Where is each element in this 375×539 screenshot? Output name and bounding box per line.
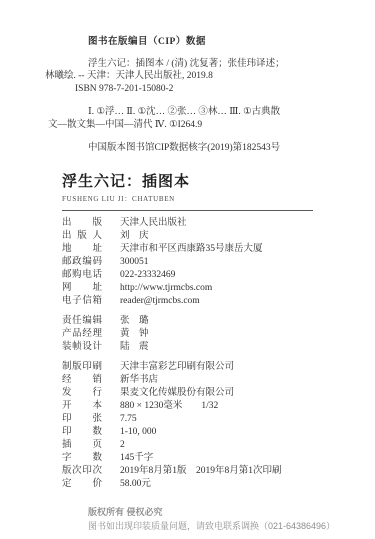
row-label: 印张 bbox=[62, 413, 102, 426]
colophon-row: 网址http://www.tjrmcbs.com bbox=[62, 282, 375, 295]
colophon-row: 印张7.75 bbox=[62, 413, 375, 426]
row-label: 出版 bbox=[62, 217, 102, 230]
row-value: 天津丰富彩艺印刷有限公司 bbox=[120, 361, 234, 374]
colophon-group: 制版印刷天津丰富彩艺印刷有限公司经销新华书店发行果麦文化传媒股份有限公司开本88… bbox=[62, 361, 375, 491]
row-label: 字数 bbox=[62, 452, 102, 465]
row-value: 天津人民出版社 bbox=[120, 217, 187, 230]
row-value: 2 bbox=[120, 439, 125, 452]
book-copyright-page: 图书在版编目（CIP）数据 浮生六记：插图本 / (清) 沈复著；张佳玮译述； … bbox=[0, 0, 375, 539]
row-value: 7.75 bbox=[120, 413, 137, 426]
row-label: 产品经理 bbox=[62, 328, 102, 341]
row-label: 电子信箱 bbox=[62, 295, 102, 308]
colophon-row: 产品经理黄 钟 bbox=[62, 328, 375, 341]
colophon-row: 出版天津人民出版社 bbox=[62, 217, 375, 230]
row-label: 发行 bbox=[62, 387, 102, 400]
copyright-notice: 版权所有 侵权必究 bbox=[88, 505, 375, 519]
footer: 版权所有 侵权必究 图书如出现印装质量问题，请致电联系调换（021-643864… bbox=[88, 505, 375, 533]
colophon-row: 开本880 × 1230毫米 1/32 bbox=[62, 400, 375, 413]
colophon-row: 发行果麦文化传媒股份有限公司 bbox=[62, 387, 375, 400]
row-value: 300051 bbox=[120, 256, 149, 269]
colophon-row: 定价58.00元 bbox=[62, 478, 375, 491]
colophon-row: 邮购电话022-23332469 bbox=[62, 269, 375, 282]
row-value: 145千字 bbox=[120, 452, 153, 465]
title-divider bbox=[62, 210, 313, 211]
colophon-row: 字数145千字 bbox=[62, 452, 375, 465]
cip-classification-line2: 文—散文集—中国—清代 Ⅳ. ①I264.9 bbox=[48, 119, 375, 132]
book-title: 浮生六记：插图本 bbox=[62, 174, 313, 191]
row-value: 1-10, 000 bbox=[120, 426, 156, 439]
row-label: 开本 bbox=[62, 400, 102, 413]
colophon-row: 出版人刘 庆 bbox=[62, 230, 375, 243]
colophon-row: 电子信箱reader@tjrmcbs.com bbox=[62, 295, 375, 308]
colophon-row: 印数1-10, 000 bbox=[62, 426, 375, 439]
colophon-group: 责任编辑张 璐产品经理黄 钟装帧设计陆 震 bbox=[62, 315, 375, 354]
row-label: 印数 bbox=[62, 426, 102, 439]
row-value: 张 璐 bbox=[120, 315, 149, 328]
row-label: 邮政编码 bbox=[62, 256, 102, 269]
colophon-section: 出版天津人民出版社出版人刘 庆地址天津市和平区西康路35号康岳大厦邮政编码300… bbox=[62, 217, 375, 491]
cip-description-line2: 林曦绘. -- 天津：天津人民出版社, 2019.8 bbox=[45, 70, 375, 83]
row-value: 880 × 1230毫米 1/32 bbox=[120, 400, 218, 413]
cip-section: 图书在版编目（CIP）数据 浮生六记：插图本 / (清) 沈复著；张佳玮译述； … bbox=[0, 0, 375, 155]
row-label: 制版印刷 bbox=[62, 361, 102, 374]
colophon-row: 插页2 bbox=[62, 439, 375, 452]
book-title-pinyin: FUSHENG LIU JI：CHATUBEN bbox=[62, 194, 313, 204]
row-value: reader@tjrmcbs.com bbox=[120, 295, 200, 308]
service-hotline-line: 图书如出现印装质量问题，请致电联系调换（021-64386496） bbox=[88, 519, 375, 533]
colophon-row: 责任编辑张 璐 bbox=[62, 315, 375, 328]
row-value: 天津市和平区西康路35号康岳大厦 bbox=[120, 243, 263, 256]
row-label: 责任编辑 bbox=[62, 315, 102, 328]
row-label: 定价 bbox=[62, 478, 102, 491]
row-label: 插页 bbox=[62, 439, 102, 452]
row-value: 陆 震 bbox=[120, 341, 149, 354]
row-value: 2019年8月第1版 2019年8月第1次印刷 bbox=[120, 465, 282, 478]
row-value: 刘 庆 bbox=[120, 230, 149, 243]
row-label: 出版人 bbox=[62, 230, 102, 243]
colophon-row: 版次印次2019年8月第1版 2019年8月第1次印刷 bbox=[62, 465, 375, 478]
colophon-group: 出版天津人民出版社出版人刘 庆地址天津市和平区西康路35号康岳大厦邮政编码300… bbox=[62, 217, 375, 308]
row-label: 地址 bbox=[62, 243, 102, 256]
colophon-row: 邮政编码300051 bbox=[62, 256, 375, 269]
row-label: 网址 bbox=[62, 282, 102, 295]
row-value: 新华书店 bbox=[120, 374, 158, 387]
row-value: 黄 钟 bbox=[120, 328, 149, 341]
colophon-row: 装帧设计陆 震 bbox=[62, 341, 375, 354]
colophon-row: 制版印刷天津丰富彩艺印刷有限公司 bbox=[62, 361, 375, 374]
cip-record-number: 中国版本图书馆CIP数据核字(2019)第182543号 bbox=[88, 142, 375, 155]
row-label: 版次印次 bbox=[62, 465, 102, 478]
row-value: 58.00元 bbox=[120, 478, 151, 491]
row-label: 邮购电话 bbox=[62, 269, 102, 282]
colophon-row: 地址天津市和平区西康路35号康岳大厦 bbox=[62, 243, 375, 256]
cip-description-line1: 浮生六记：插图本 / (清) 沈复著；张佳玮译述； bbox=[88, 58, 375, 71]
cip-classification-line1: Ⅰ. ①浮… Ⅱ. ①沈… ②张… ③林… Ⅲ. ①古典散 bbox=[88, 106, 375, 119]
row-value: 果麦文化传媒股份有限公司 bbox=[120, 387, 234, 400]
cip-isbn: ISBN 978-7-201-15080-2 bbox=[75, 83, 375, 96]
title-block: 浮生六记：插图本 FUSHENG LIU JI：CHATUBEN bbox=[62, 174, 313, 211]
row-label: 经销 bbox=[62, 374, 102, 387]
cip-header: 图书在版编目（CIP）数据 bbox=[88, 36, 375, 49]
row-value: http://www.tjrmcbs.com bbox=[120, 282, 212, 295]
row-value: 022-23332469 bbox=[120, 269, 175, 282]
row-label: 装帧设计 bbox=[62, 341, 102, 354]
colophon-row: 经销新华书店 bbox=[62, 374, 375, 387]
